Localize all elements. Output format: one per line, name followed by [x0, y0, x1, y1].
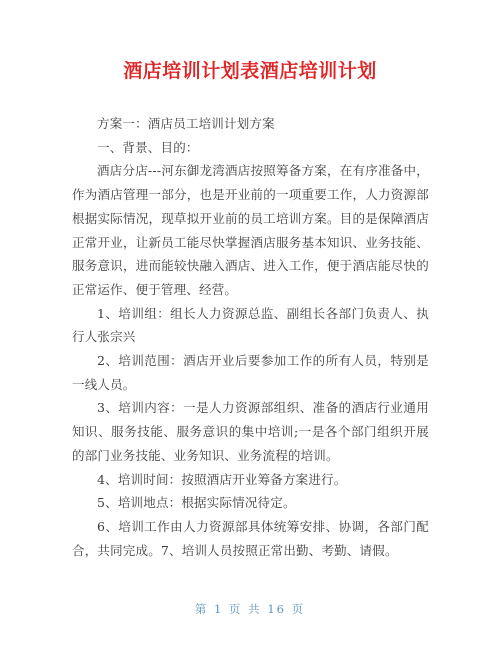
paragraph-training-content: 3、培训内容：一是人力资源部组织、准备的酒店行业通用知识、服务技能、服务意识的集… [72, 396, 429, 467]
paragraph-training-arrangement: 6、培训工作由人力资源部具体统筹安排、协调，各部门配合，共同完成。7、培训人员按… [72, 515, 429, 562]
page-number-label: 第 1 页 共 16 页 [195, 602, 305, 616]
paragraph-training-place: 5、培训地点：根据实际情况待定。 [72, 491, 429, 515]
page-footer: 第 1 页 共 16 页 [0, 601, 500, 617]
document-title: 酒店培训计划表酒店培训计划 [20, 58, 480, 85]
document-page: 酒店培训计划表酒店培训计划 方案一：酒店员工培训计划方案 一、背景、目的： 酒店… [0, 0, 500, 647]
document-body: 方案一：酒店员工培训计划方案 一、背景、目的： 酒店分店---河东御龙湾酒店按照… [72, 112, 429, 562]
paragraph-training-scope: 2、培训范围：酒店开业后要参加工作的所有人员，特别是一线人员。 [72, 349, 429, 396]
paragraph-plan-heading: 方案一：酒店员工培训计划方案 [72, 112, 429, 136]
paragraph-background: 酒店分店---河东御龙湾酒店按照筹备方案，在有序准备中，作为酒店管理一部分，也是… [72, 159, 429, 301]
paragraph-section-heading: 一、背景、目的： [72, 136, 429, 160]
paragraph-training-time: 4、培训时间：按照酒店开业筹备方案进行。 [72, 468, 429, 492]
paragraph-training-group: 1、培训组：组长人力资源总监、副组长各部门负责人、执行人张宗兴 [72, 302, 429, 349]
